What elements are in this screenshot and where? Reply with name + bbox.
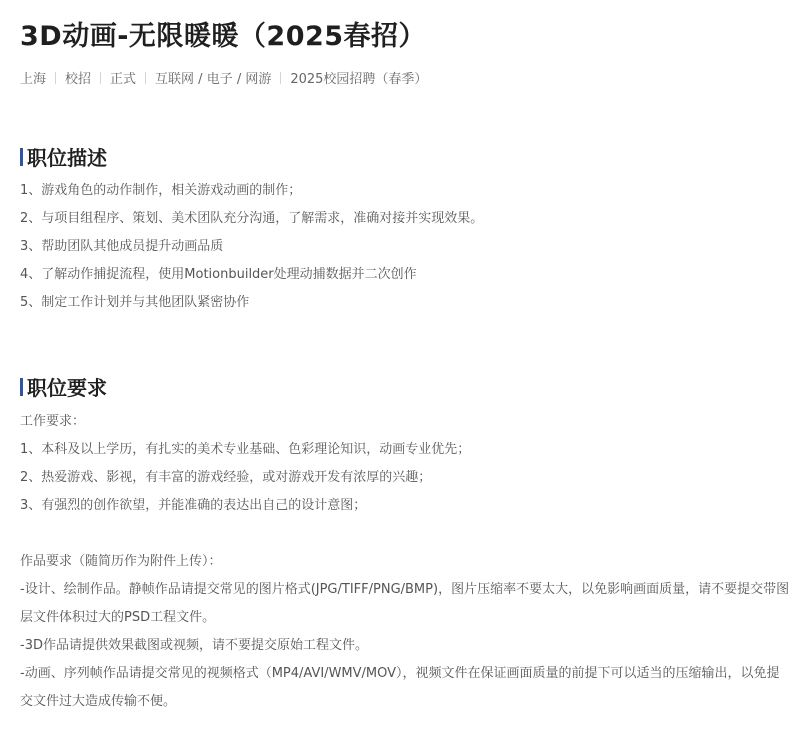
job-title: 3D动画-无限暖暖（2025春招） <box>20 14 426 53</box>
work-requirement-item: 1、本科及以上学历，有扎实的美术专业基础、色彩理论知识，动画专业优先； <box>20 436 790 464</box>
tag-recruit-type: 校招 <box>65 68 91 87</box>
description-item: 2、与项目组程序、策划、美术团队充分沟通，了解需求，准确对接并实现效果。 <box>20 205 790 233</box>
portfolio-requirement-item: -动画、序列帧作品请提交常见的视频格式（MP4/AVI/WMV/MOV），视频文… <box>20 660 790 716</box>
tag-divider <box>145 72 146 84</box>
section-heading-description: 职位描述 <box>20 142 107 171</box>
description-item: 4、了解动作捕捉流程，使用Motionbuilder处理动捕数据并二次创作 <box>20 261 790 289</box>
description-item: 1、游戏角色的动作制作，相关游戏动画的制作； <box>20 177 790 205</box>
section-accent-bar <box>20 378 23 396</box>
section-heading-text: 职位描述 <box>27 142 107 171</box>
description-item: 3、帮助团队其他成员提升动画品质 <box>20 233 790 261</box>
tag-location: 上海 <box>20 68 46 87</box>
description-list: 1、游戏角色的动作制作，相关游戏动画的制作； 2、与项目组程序、策划、美术团队充… <box>20 177 790 317</box>
section-heading-requirements: 职位要求 <box>20 372 107 401</box>
portfolio-requirement-item: -设计、绘制作品。静帧作品请提交常见的图片格式(JPG/TIFF/PNG/BMP… <box>20 576 790 632</box>
tag-employment-type: 正式 <box>110 68 136 87</box>
tag-divider <box>55 72 56 84</box>
portfolio-requirements-list: 作品要求（随简历作为附件上传）： -设计、绘制作品。静帧作品请提交常见的图片格式… <box>20 548 790 716</box>
tag-divider <box>280 72 281 84</box>
portfolio-requirements-label: 作品要求（随简历作为附件上传）： <box>20 548 790 576</box>
section-accent-bar <box>20 148 23 166</box>
portfolio-requirement-item: -3D作品请提供效果截图或视频，请不要提交原始工程文件。 <box>20 632 790 660</box>
tag-industry: 互联网 / 电子 / 网游 <box>155 68 271 87</box>
section-heading-text: 职位要求 <box>27 372 107 401</box>
job-tags: 上海 校招 正式 互联网 / 电子 / 网游 2025校园招聘（春季） <box>20 68 427 87</box>
work-requirements-label: 工作要求： <box>20 408 790 436</box>
work-requirement-item: 3、有强烈的创作欲望，并能准确的表达出自己的设计意图； <box>20 492 790 520</box>
work-requirements-list: 工作要求： 1、本科及以上学历，有扎实的美术专业基础、色彩理论知识，动画专业优先… <box>20 408 790 520</box>
tag-campaign: 2025校园招聘（春季） <box>290 68 427 87</box>
tag-divider <box>100 72 101 84</box>
description-item: 5、制定工作计划并与其他团队紧密协作 <box>20 289 790 317</box>
work-requirement-item: 2、热爱游戏、影视，有丰富的游戏经验，或对游戏开发有浓厚的兴趣； <box>20 464 790 492</box>
